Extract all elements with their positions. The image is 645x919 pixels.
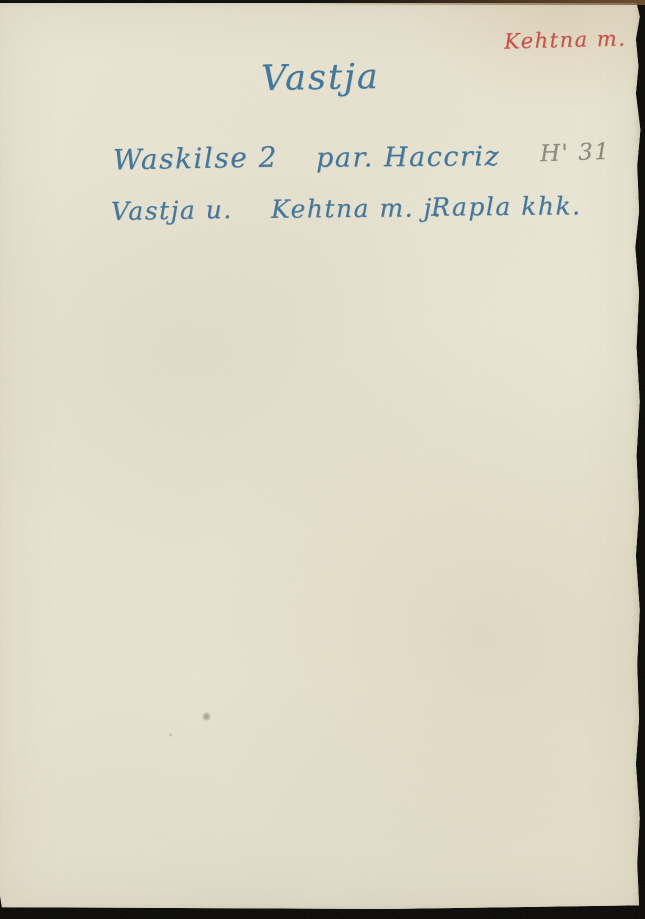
- location-parish: Rapla khk.: [431, 191, 582, 221]
- scanned-card: Kehtna m. Vastja Waskilse 2 par. Haccriz…: [0, 0, 645, 919]
- card-title-handwriting: Vastja: [261, 57, 380, 99]
- location-village: Vastja u.: [111, 195, 233, 226]
- location-manor: Kehtna m. j.: [271, 193, 442, 223]
- scan-edge-tint: [300, 0, 645, 5]
- entry-source-reference-pencil: H' 31: [540, 139, 611, 167]
- paper-sheet: [0, 3, 641, 909]
- corner-note-red-handwriting: Kehtna m.: [504, 26, 627, 53]
- ink-smudge: [202, 712, 211, 721]
- ink-smudge-small: [168, 733, 173, 737]
- entry-parish-reference: par. Haccriz: [316, 141, 500, 174]
- entry-place-name: Waskilse 2: [113, 141, 279, 177]
